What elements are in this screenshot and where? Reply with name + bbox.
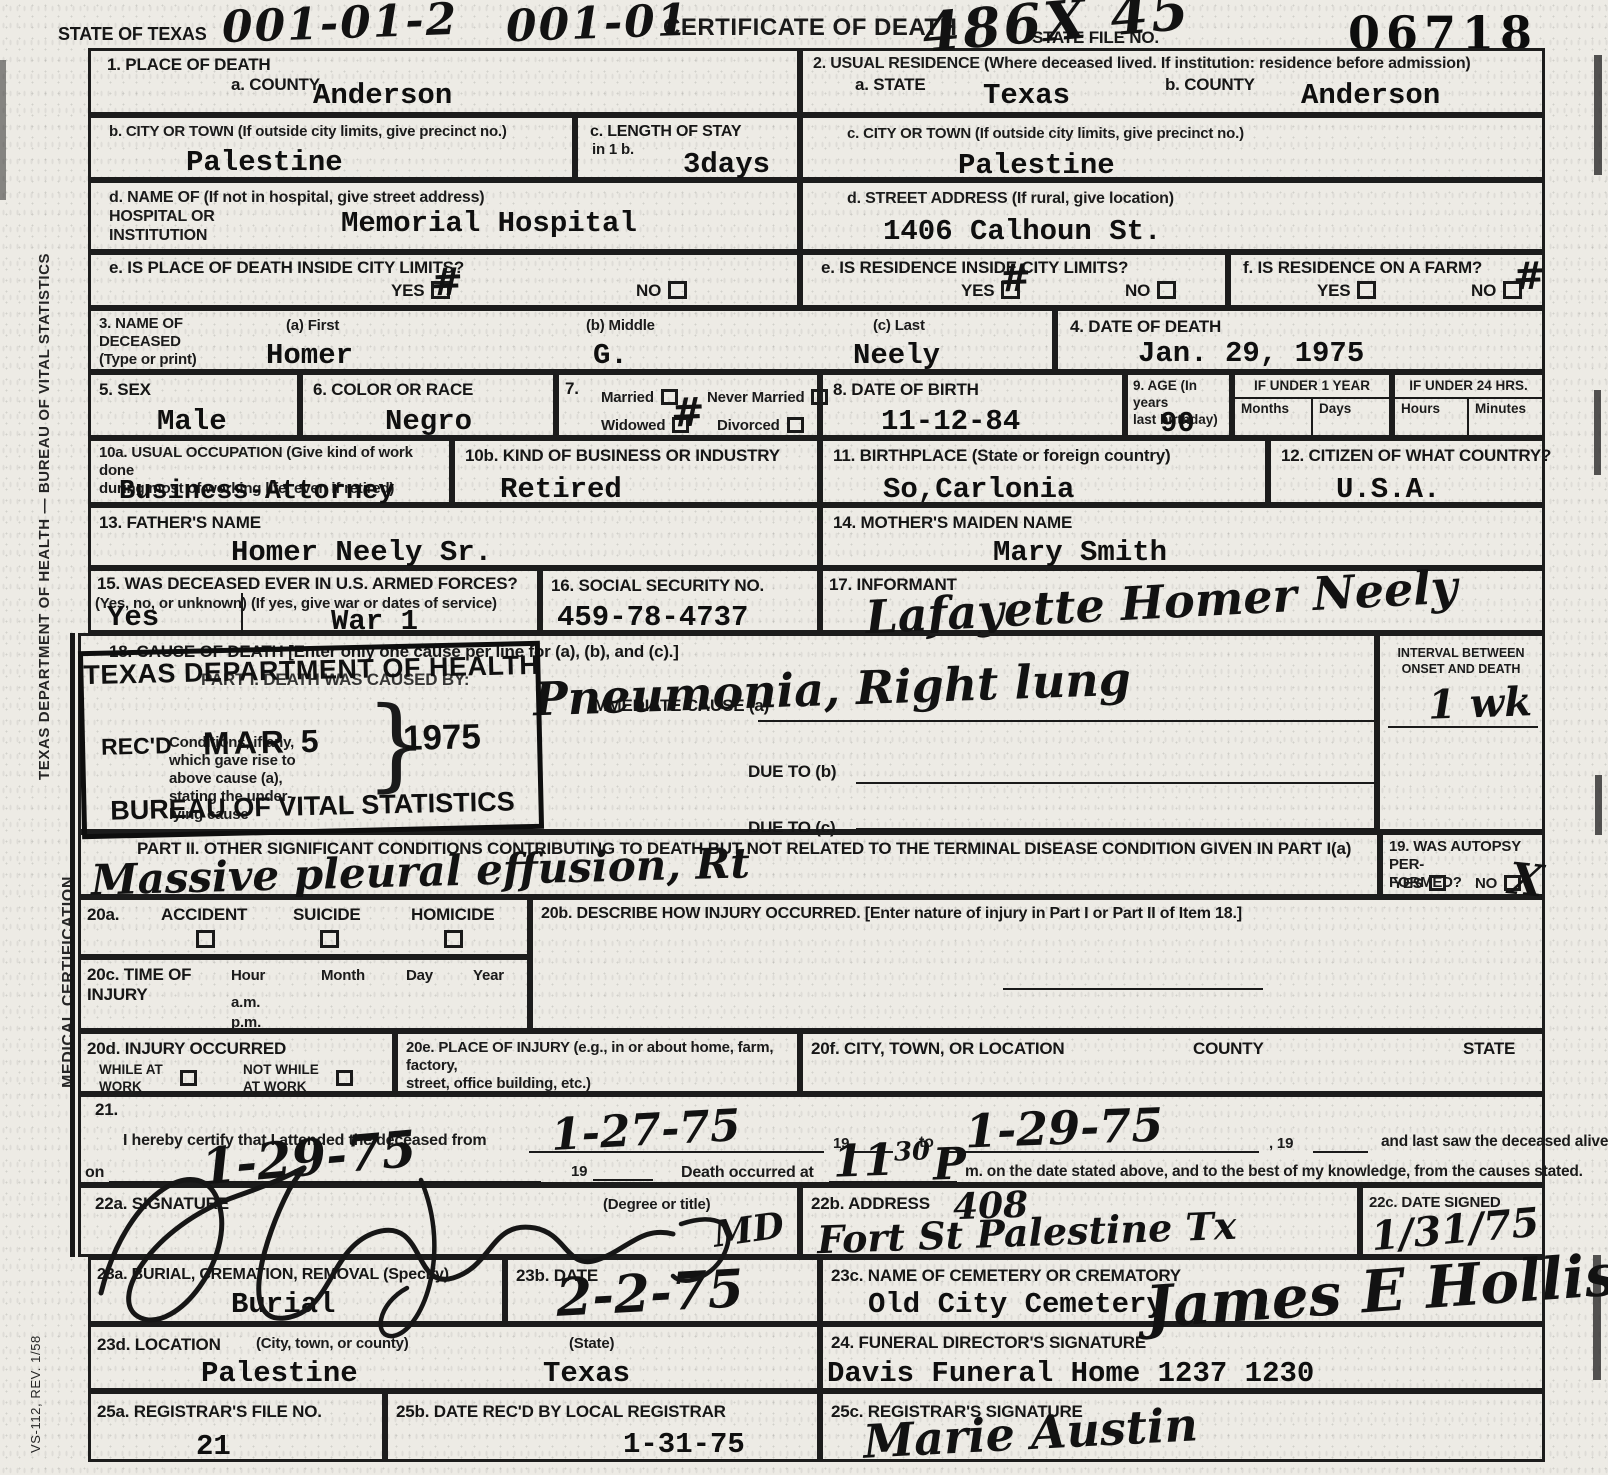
armed-forces-cell: 15. WAS DECEASED EVER IN U.S. ARMED FORC… xyxy=(88,568,540,633)
day-label: Day xyxy=(406,967,433,985)
hours-label: Hours xyxy=(1401,401,1440,418)
place-city-cell: b. CITY OR TOWN (If outside city limits,… xyxy=(88,115,575,180)
date-of-birth-cell: 8. DATE OF BIRTH 11-12-84 xyxy=(820,372,1125,438)
hour-label: Hour xyxy=(231,967,265,985)
yes-label: YES xyxy=(391,281,424,300)
farm-yes: YES xyxy=(1317,281,1376,301)
describe-injury-cell: 20b. DESCRIBE HOW INJURY OCCURRED. [Ente… xyxy=(530,897,1545,1031)
left-margin-department-text: TEXAS DEPARTMENT OF HEALTH — BUREAU OF V… xyxy=(36,200,53,780)
residence-state-label: a. STATE xyxy=(855,75,926,95)
handwritten-widowed-mark: # xyxy=(670,392,705,433)
middle-name-label: (b) Middle xyxy=(586,317,655,335)
handwritten-no-mark: # xyxy=(1512,256,1545,295)
death-certificate-document: STATE OF TEXAS 001-01-2 001-01 CERTIFICA… xyxy=(0,0,1608,1475)
residence-farm-label: f. IS RESIDENCE ON A FARM? xyxy=(1243,258,1482,278)
mother-name-cell: 14. MOTHER'S MAIDEN NAME Mary Smith xyxy=(820,505,1545,568)
married-label: Married xyxy=(601,389,654,406)
never-married-label: Never Married xyxy=(707,389,804,406)
interval-handwriting: 1 wk xyxy=(1427,682,1532,726)
stamp-line3: BUREAU OF VITAL STATISTICS xyxy=(86,786,539,827)
form-number-text: VS-112, REV. 1/58 xyxy=(28,1278,43,1453)
street-address-label: d. STREET ADDRESS (If rural, give locati… xyxy=(847,189,1174,208)
married-option: Married xyxy=(601,389,678,407)
never-married-option: Never Married xyxy=(707,389,828,407)
while-at-work-checkbox xyxy=(180,1070,197,1086)
registrar-file-cell: 25a. REGISTRAR'S FILE NO. 21 xyxy=(88,1391,385,1462)
residence-county-label: b. COUNTY xyxy=(1165,75,1255,95)
am-label: a.m. xyxy=(231,994,260,1012)
due-to-b-line xyxy=(856,758,1378,784)
not-while-at-work-label: NOT WHILE AT WORK xyxy=(243,1062,319,1096)
informant-cell: 17. INFORMANT Lafayette Homer Neely xyxy=(820,568,1545,633)
hospital-value: Memorial Hospital xyxy=(341,209,637,238)
describe-injury-line xyxy=(1003,970,1263,990)
state-of-texas-label: STATE OF TEXAS xyxy=(58,24,207,45)
place-city-limits-cell: e. IS PLACE OF DEATH INSIDE CITY LIMITS?… xyxy=(88,252,800,308)
not-while-at-work-checkbox xyxy=(336,1070,353,1086)
year-blank-b xyxy=(1313,1137,1368,1153)
interval-label: INTERVAL BETWEEN ONSET AND DEATH xyxy=(1380,646,1542,677)
sex-cell: 5. SEX Male xyxy=(88,372,300,438)
stamp-year: 1975 xyxy=(403,717,482,759)
residence-city-cell: c. CITY OR TOWN (If outside city limits,… xyxy=(800,115,1545,180)
days-label: Days xyxy=(1319,401,1351,418)
date-received-cell: 25b. DATE REC'D BY LOCAL REGISTRAR 1-31-… xyxy=(385,1391,820,1462)
hospital-cell: d. NAME OF (If not in hospital, give str… xyxy=(88,180,800,252)
address-label: 22b. ADDRESS xyxy=(811,1194,930,1214)
autopsy-cell: 19. WAS AUTOPSY PER- FORMED? YES NO X xyxy=(1380,832,1545,897)
scan-edge-artifact xyxy=(0,60,6,200)
divorced-option: Divorced xyxy=(717,417,804,435)
pm-label: p.m. xyxy=(231,1014,261,1032)
length-of-stay-cell: c. LENGTH OF STAY in 1 b. 3days xyxy=(575,115,800,180)
no-label: NO xyxy=(636,281,661,300)
county-value: Anderson xyxy=(313,81,452,110)
month-label: Month xyxy=(321,967,365,985)
father-name-cell: 13. FATHER'S NAME Homer Neely Sr. xyxy=(88,505,820,568)
certificate-title: CERTIFICATE OF DEATH xyxy=(663,14,957,42)
handwritten-yes-mark: # xyxy=(430,262,463,301)
mother-name-label: 14. MOTHER'S MAIDEN NAME xyxy=(833,513,1072,533)
age-cell: 9. AGE (In years last birthday) 90 xyxy=(1125,372,1232,438)
sex-label: 5. SEX xyxy=(99,380,151,400)
ssn-cell: 16. SOCIAL SECURITY NO. 459-78-4737 xyxy=(540,568,820,633)
injury-occurred-label: 20d. INJURY OCCURRED xyxy=(87,1039,286,1059)
first-name-label: (a) First xyxy=(286,317,339,335)
race-label: 6. COLOR OR RACE xyxy=(313,380,473,400)
place-of-injury-cell: 20e. PLACE OF INJURY (e.g., in or about … xyxy=(395,1031,800,1094)
name-of-deceased-cell: 3. NAME OF DECEASED (Type or print) (a) … xyxy=(88,308,1055,372)
armed-forces-value1: Yes xyxy=(107,603,159,632)
no-checkbox xyxy=(668,281,687,299)
place-city-value: Palestine xyxy=(186,148,343,177)
address-street-handwriting: Fort St Palestine Tx xyxy=(816,1207,1236,1260)
death-hour: 11 xyxy=(832,1135,895,1188)
no-label: NO xyxy=(1475,875,1497,892)
name-title: 3. NAME OF DECEASED (Type or print) xyxy=(99,315,197,369)
registrar-file-value: 21 xyxy=(196,1432,231,1461)
age-value: 90 xyxy=(1160,409,1195,438)
scan-edge-artifact xyxy=(1595,775,1602,835)
registrar-file-label: 25a. REGISTRAR'S FILE NO. xyxy=(97,1402,322,1422)
date-received-label: 25b. DATE REC'D BY LOCAL REGISTRAR xyxy=(396,1402,726,1422)
time-of-injury-cell: 20c. TIME OF INJURY Hour Month Day Year … xyxy=(78,957,530,1031)
widowed-label: Widowed xyxy=(601,417,665,434)
race-cell: 6. COLOR OR RACE Negro xyxy=(300,372,556,438)
injury-state-label: STATE xyxy=(1463,1039,1515,1059)
homicide-checkbox xyxy=(444,930,463,948)
injury-location-cell: 20f. CITY, TOWN, OR LOCATION COUNTY STAT… xyxy=(800,1031,1545,1094)
scan-edge-artifact xyxy=(1594,390,1601,475)
date-received-value: 1-31-75 xyxy=(623,1430,745,1459)
date-of-birth-label: 8. DATE OF BIRTH xyxy=(833,380,979,400)
place-of-death-county-cell: 1. PLACE OF DEATH a. COUNTY Anderson xyxy=(88,48,800,115)
yes-checkbox xyxy=(1429,875,1446,891)
death-ampm-handwriting: P xyxy=(932,1142,967,1187)
usual-residence-cell: 2. USUAL RESIDENCE (Where deceased lived… xyxy=(800,48,1545,115)
stamp-date: MAR 5 xyxy=(203,723,323,763)
burial-city-value: Palestine xyxy=(201,1359,358,1388)
comma-19: , 19 xyxy=(1269,1135,1293,1153)
under-24-hrs-label: IF UNDER 24 HRS. xyxy=(1395,378,1542,399)
no-label: NO xyxy=(1125,281,1150,300)
medical-section-rail xyxy=(70,633,75,1257)
marital-status-cell: 7. Married Never Married Widowed # Divor… xyxy=(556,372,820,438)
residence-farm-cell: f. IS RESIDENCE ON A FARM? YES NO # xyxy=(1228,252,1545,308)
time-of-injury-label: 20c. TIME OF INJURY xyxy=(87,965,191,1005)
funeral-home-value: Davis Funeral Home 1237 1230 xyxy=(827,1359,1314,1388)
mother-name-value: Mary Smith xyxy=(993,538,1167,567)
birthplace-cell: 11. BIRTHPLACE (State or foreign country… xyxy=(820,438,1268,505)
accident-label: ACCIDENT xyxy=(161,905,247,925)
suicide-label: SUICIDE xyxy=(293,905,361,925)
under-1-year-divider xyxy=(1311,397,1313,435)
sex-value: Male xyxy=(157,407,227,436)
residence-county-value: Anderson xyxy=(1301,81,1440,110)
autopsy-yes: YES xyxy=(1393,875,1446,893)
under-1-year-label: IF UNDER 1 YEAR xyxy=(1235,378,1389,399)
length-of-stay-value: 3days xyxy=(683,150,770,179)
first-name-value: Homer xyxy=(266,341,353,370)
certify-text-2: and last saw the deceased alive xyxy=(1381,1133,1608,1152)
under-1-year-cell: IF UNDER 1 YEAR Months Days xyxy=(1232,372,1392,438)
accident-suicide-homicide-cell: 20a. ACCIDENT SUICIDE HOMICIDE xyxy=(78,897,530,957)
due-to-c-line xyxy=(856,804,1378,830)
received-stamp: TEXAS DEPARTMENT OF HEALTH REC'D MAR 5 1… xyxy=(78,641,544,839)
industry-value: Retired xyxy=(500,475,622,504)
handwritten-precinct-code: 001-01 xyxy=(505,0,690,49)
middle-name-value: G. xyxy=(593,341,628,370)
citizen-cell: 12. CITIZEN OF WHAT COUNTRY? U.S.A. xyxy=(1268,438,1545,505)
yes-checkbox xyxy=(1357,281,1376,299)
yes-label: YES xyxy=(961,281,994,300)
last-name-label: (c) Last xyxy=(873,317,925,335)
place-limits-no: NO xyxy=(636,281,687,301)
divorced-label: Divorced xyxy=(717,417,780,434)
armed-forces-label: 15. WAS DECEASED EVER IN U.S. ARMED FORC… xyxy=(97,574,518,594)
street-address-cell: d. STREET ADDRESS (If rural, give locati… xyxy=(800,180,1545,252)
armed-forces-value2: War 1 xyxy=(331,607,418,636)
date-signed-cell: 22c. DATE SIGNED 1/31/75 xyxy=(1360,1185,1545,1257)
yes-label: YES xyxy=(1393,875,1422,892)
injury-county-label: COUNTY xyxy=(1193,1039,1264,1059)
left-margin-medical-certification-text: MEDICAL CERTIFICATION xyxy=(60,828,78,1088)
year-label: Year xyxy=(473,967,504,985)
industry-cell: 10b. KIND OF BUSINESS OR INDUSTRY Retire… xyxy=(452,438,820,505)
months-label: Months xyxy=(1241,401,1289,418)
occupation-value: Business-Attorney xyxy=(119,479,394,506)
residence-city-value: Palestine xyxy=(958,151,1115,180)
birthplace-value: So,Carlonia xyxy=(883,475,1074,504)
industry-label: 10b. KIND OF BUSINESS OR INDUSTRY xyxy=(465,446,780,466)
date-of-birth-value: 11-12-84 xyxy=(881,407,1020,436)
certify-text-4: m. on the date stated above, and to the … xyxy=(965,1163,1583,1182)
residence-city-limits-label: e. IS RESIDENCE INSIDE CITY LIMITS? xyxy=(821,258,1128,278)
ssn-value: 459-78-4737 xyxy=(557,603,748,632)
residence-city-label: c. CITY OR TOWN (If outside city limits,… xyxy=(847,125,1244,143)
under-24-hrs-cell: IF UNDER 24 HRS. Hours Minutes xyxy=(1392,372,1545,438)
to-date-handwriting: 1-29-75 xyxy=(964,1102,1164,1155)
yes-label: YES xyxy=(1317,281,1350,300)
place-city-limits-label: e. IS PLACE OF DEATH INSIDE CITY LIMITS? xyxy=(109,258,464,278)
divorced-checkbox xyxy=(787,417,804,433)
race-value: Negro xyxy=(385,407,472,436)
injury-occurred-cell: 20d. INJURY OCCURRED WHILE AT WORK NOT W… xyxy=(78,1031,395,1094)
while-at-work-label: WHILE AT WORK xyxy=(99,1062,163,1096)
length-of-stay-sublabel: in 1 b. xyxy=(592,141,634,159)
date-of-death-value: Jan. 29, 1975 xyxy=(1138,339,1364,368)
describe-injury-label: 20b. DESCRIBE HOW INJURY OCCURRED. [Ente… xyxy=(541,905,1242,924)
no-label: NO xyxy=(1471,281,1496,300)
interval-cell: INTERVAL BETWEEN ONSET AND DEATH 1 wk xyxy=(1377,633,1545,832)
residence-state-value: Texas xyxy=(983,81,1070,110)
occupation-cell: 10a. USUAL OCCUPATION (Give kind of work… xyxy=(88,438,452,505)
citizen-value: U.S.A. xyxy=(1336,475,1440,504)
birthplace-label: 11. BIRTHPLACE (State or foreign country… xyxy=(833,446,1171,466)
scan-edge-artifact xyxy=(1594,55,1602,175)
registrar-signature-cell: 25c. REGISTRAR'S SIGNATURE Marie Austin xyxy=(820,1391,1545,1462)
funeral-director-label: 24. FUNERAL DIRECTOR'S SIGNATURE xyxy=(831,1333,1146,1353)
homicide-label: HOMICIDE xyxy=(411,905,494,925)
item-21-number: 21. xyxy=(95,1100,118,1120)
accident-checkbox xyxy=(196,930,215,948)
minutes-label: Minutes xyxy=(1475,401,1526,418)
citizen-label: 12. CITIZEN OF WHAT COUNTRY? xyxy=(1281,446,1551,466)
ssn-label: 16. SOCIAL SECURITY NO. xyxy=(551,576,764,596)
place-of-injury-label: 20e. PLACE OF INJURY (e.g., in or about … xyxy=(406,1039,797,1093)
part2-cell: PART II. OTHER SIGNIFICANT CONDITIONS CO… xyxy=(78,832,1380,897)
injury-city-label: 20f. CITY, TOWN, OR LOCATION xyxy=(811,1039,1065,1059)
date-of-death-cell: 4. DATE OF DEATH Jan. 29, 1975 xyxy=(1055,308,1545,372)
due-to-b-label: DUE TO (b) xyxy=(748,762,836,782)
last-name-value: Neely xyxy=(853,341,940,370)
death-hour-handwriting: 1130 xyxy=(832,1137,931,1184)
place-of-death-title: 1. PLACE OF DEATH xyxy=(107,55,270,75)
address-cell: 22b. ADDRESS 408 Fort St Palestine Tx xyxy=(800,1185,1360,1257)
place-city-label: b. CITY OR TOWN (If outside city limits,… xyxy=(109,123,507,141)
death-minutes: 30 xyxy=(893,1136,930,1167)
handwritten-district-code: 001-01-2 xyxy=(221,0,459,50)
burial-state-value: Texas xyxy=(543,1359,630,1388)
usual-residence-title: 2. USUAL RESIDENCE (Where deceased lived… xyxy=(813,54,1471,73)
marital-number-label: 7. xyxy=(565,379,579,399)
physician-signature xyxy=(85,1128,785,1343)
item-20a-label: 20a. xyxy=(87,905,119,925)
no-checkbox xyxy=(1157,281,1176,299)
father-name-label: 13. FATHER'S NAME xyxy=(99,513,261,533)
street-address-value: 1406 Calhoun St. xyxy=(883,217,1161,246)
under-24-hrs-divider xyxy=(1467,397,1469,435)
cemetery-value: Old City Cemetery xyxy=(868,1290,1164,1319)
length-of-stay-label: c. LENGTH OF STAY xyxy=(590,123,741,142)
residence-city-limits-cell: e. IS RESIDENCE INSIDE CITY LIMITS? YES … xyxy=(800,252,1228,308)
father-name-value: Homer Neely Sr. xyxy=(231,538,492,567)
cemetery-label: 23c. NAME OF CEMETERY OR CREMATORY xyxy=(831,1266,1181,1286)
county-label: a. COUNTY xyxy=(231,75,320,95)
handwritten-yes-mark: # xyxy=(998,258,1031,297)
residence-limits-no: NO xyxy=(1125,281,1176,301)
stamp-line1: TEXAS DEPARTMENT OF HEALTH xyxy=(83,650,536,691)
stamp-recd: REC'D xyxy=(101,732,172,761)
date-of-death-label: 4. DATE OF DEATH xyxy=(1070,317,1221,337)
suicide-checkbox xyxy=(320,930,339,948)
